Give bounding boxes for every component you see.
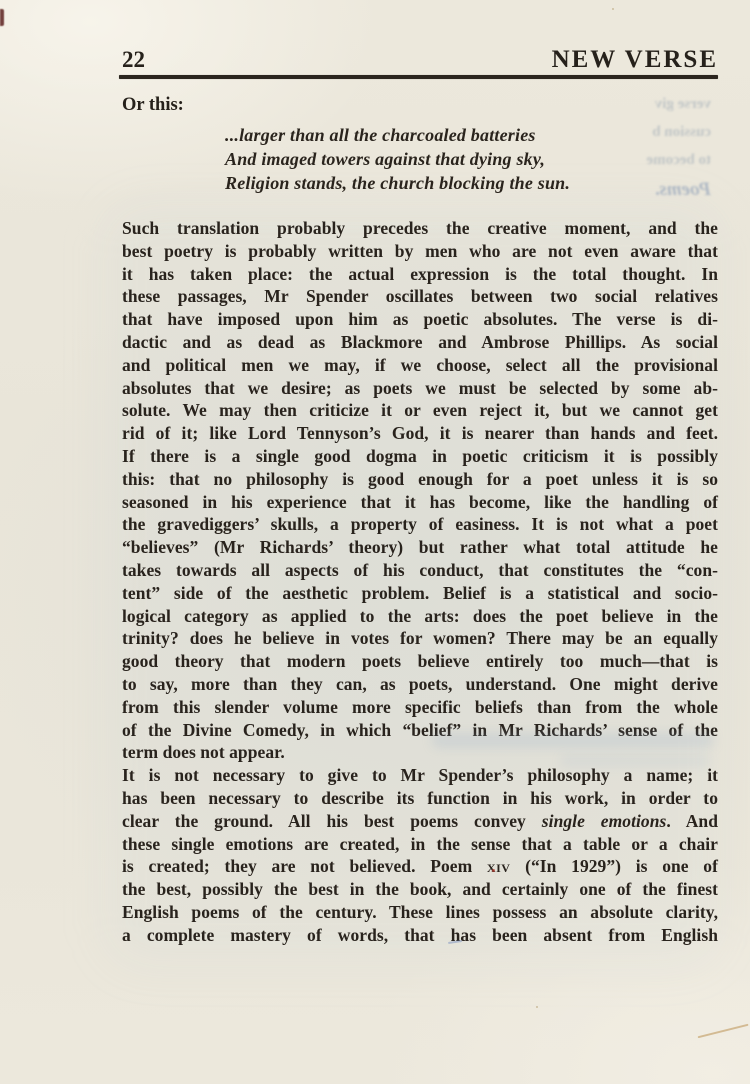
text-line: It is not necessary to give to Mr Spende… [122,764,718,787]
text-line: this: that no philosophy is good enough … [122,468,718,491]
text-line: Religion stands, the church blocking the… [225,171,570,195]
text-line: a complete mastery of words, that has be… [122,924,718,947]
text-line: trinity? does he believe in votes for wo… [122,627,718,650]
text-line: clear the ground. All his best poems con… [122,810,718,833]
text-line: these single emotions are created, in th… [122,833,718,856]
text-line: takes towards all aspects of his conduct… [122,559,718,582]
text-line: from this slender volume more specific b… [122,696,718,719]
verse-quote: ...larger than all the charcoaled batter… [225,123,570,195]
text-line: is created; they are not believed. Poem … [122,855,718,878]
text-line: seasoned in his experience that it has b… [122,491,718,514]
text-line: cussion b [583,118,711,146]
text-line: absolutes that we desire; as poets we mu… [122,377,718,400]
text-line: these passages, Mr Spender oscillates be… [122,285,718,308]
text-line: English poems of the century. These line… [122,901,718,924]
header-rule [119,75,718,79]
text-line: logical category as applied to the arts:… [122,605,718,628]
text-line: the best, possibly the best in the book,… [122,878,718,901]
show-through-smudge [560,755,710,767]
text-line: solute. We may then criticize it or even… [122,399,718,422]
text-line: to become [583,146,711,174]
text-line: good theory that modern poets believe en… [122,650,718,673]
paper-speck [612,8,614,10]
show-through-smudge [432,733,714,748]
text-line: to say, more than they can, as poets, un… [122,673,718,696]
text-line: If there is a single good dogma in poeti… [122,445,718,468]
text-line: rid of it; like Lord Tennyson’s God, it … [122,422,718,445]
text-line: the gravediggers’ skulls, a property of … [122,513,718,536]
page-number: 22 [122,47,145,73]
intro-line: Or this: [122,95,184,116]
running-header: 22 NEW VERSE [122,46,718,74]
text-line: verse giv [583,90,711,118]
text-line: and political men we may, if we choose, … [122,354,718,377]
text-line: ...larger than all the charcoaled batter… [225,123,570,147]
edge-mark [0,9,4,26]
body-text: Such translation probably precedes the c… [122,217,718,947]
text-line: Poems. [583,174,711,206]
text-line: has been necessary to describe its funct… [122,787,718,810]
text-line: it has taken place: the actual expressio… [122,263,718,286]
text-line: And imaged towers against that dying sky… [225,147,570,171]
text-line: “believes” (Mr Richards’ theory) but rat… [122,536,718,559]
ink-speck [492,869,495,872]
show-through-text: verse givcussion bto becomePoems. [583,90,711,206]
text-line: best poetry is probably written by men w… [122,240,718,263]
text-line: tent” side of the aesthetic problem. Bel… [122,582,718,605]
paper-speck [536,1006,538,1008]
text-line: that have imposed upon him as poetic abs… [122,308,718,331]
text-line: Such translation probably precedes the c… [122,217,718,240]
text-line: dactic and as dead as Blackmore and Ambr… [122,331,718,354]
journal-title: NEW VERSE [552,46,718,74]
